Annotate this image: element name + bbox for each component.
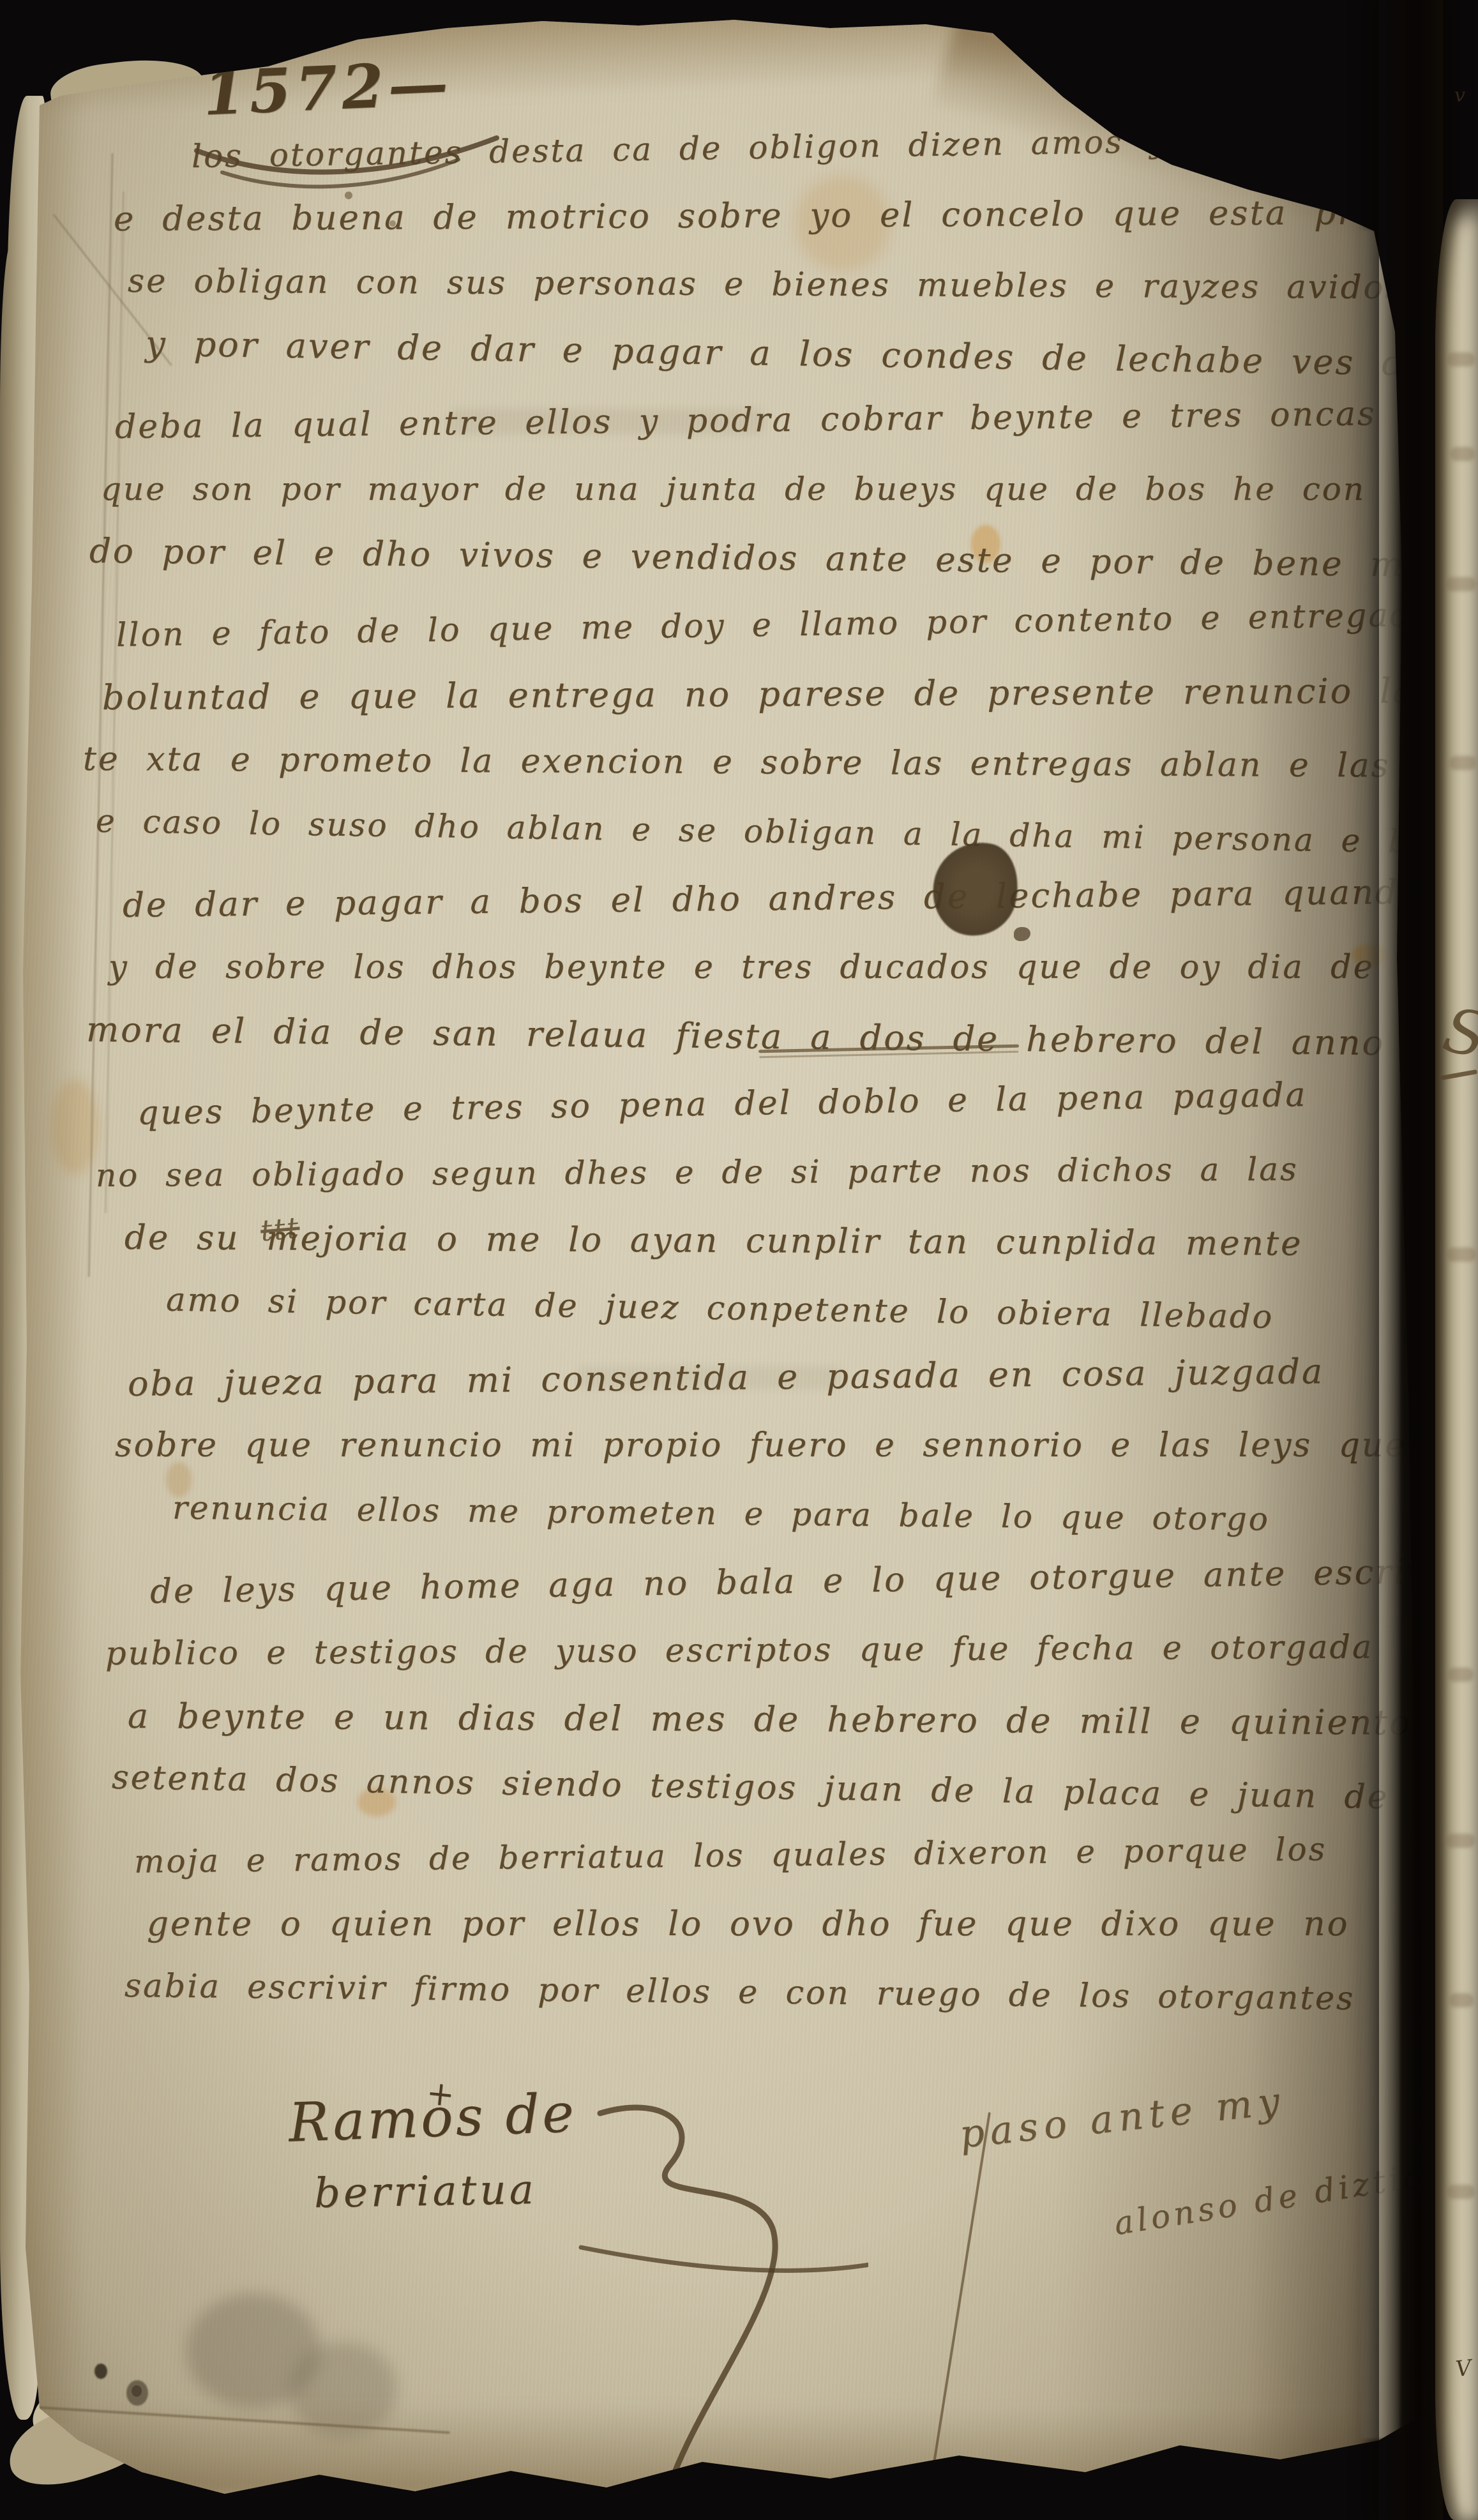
manuscript-line: de su mejoria o me lo ayan cunplir tan c… xyxy=(124,1203,1335,1278)
facing-page-ghost-text xyxy=(1445,1834,1475,1848)
facing-page-flourish: S xyxy=(1437,993,1478,1072)
manuscript-line: no sea obligado segun dhes e de si parte… xyxy=(96,1135,1335,1210)
manuscript-line: llon e fato de lo que me doy e llamo por… xyxy=(116,582,1334,670)
photo-canvas: { "manuscript": { "heading_year": "1572\… xyxy=(0,0,1478,2520)
paper-flaw-dark-3 xyxy=(94,2364,107,2379)
manuscript-line: de leys que home aga no bala e lo que ot… xyxy=(149,1539,1334,1626)
manuscript-line: te xta e prometo la exencion e sobre las… xyxy=(83,725,1335,800)
manuscript-line: gente o quien por ellos lo ovo dho fue q… xyxy=(147,1890,1334,1958)
manuscript-line: boluntad e que la entrega no parese de p… xyxy=(102,657,1335,732)
facing-page-ghost-text xyxy=(1447,2185,1475,2199)
text-block: los otorgantes desta ca de obligon dizen… xyxy=(89,114,1334,2026)
manuscript-line: se obligan con sus personas e bienes mue… xyxy=(128,247,1335,322)
manuscript-line: moja e ramos de berriatua los quales dix… xyxy=(133,1815,1334,1896)
manuscript-line: a beynte e un dias del mes de hebrero de… xyxy=(128,1682,1335,1756)
facing-page-ghost-text xyxy=(1448,1668,1474,1682)
facing-page-ghost-text xyxy=(1451,447,1475,461)
signature-right-attest: paso ante my xyxy=(958,2078,1288,2157)
manuscript-line: publico e testigos de yuso escriptos que… xyxy=(105,1613,1335,1688)
manuscript-line: deba la qual entre ellos y podra cobrar … xyxy=(114,381,1334,462)
paper-flaw-dark-2 xyxy=(132,2385,142,2397)
facing-page-corner-mark: V xyxy=(1454,2355,1473,2382)
facing-page-ghost-text xyxy=(1449,1993,1474,2007)
manuscript-line: ques beynte e tres so pena del doblo e l… xyxy=(137,1060,1334,1147)
facing-page-sliver: v S V xyxy=(1435,199,1478,2520)
signature-left-rubric-swash xyxy=(562,2088,868,2509)
manuscript-page: 1572— los otorgantes desta ca de obligon… xyxy=(0,0,1478,2520)
facing-page-ghost-text xyxy=(1447,1248,1476,1262)
manuscript-line: sobre que renuncio mi propio fuero e sen… xyxy=(115,1412,1334,1480)
manuscript-line: oba jueza para mi consentida e pasada en… xyxy=(127,1337,1334,1418)
facing-page-ghost-text xyxy=(1447,352,1475,366)
signature-left-line1: Ramos de xyxy=(287,2081,577,2154)
facing-page-ghost-text xyxy=(1445,577,1476,591)
year-heading-underline-flourish xyxy=(177,114,522,197)
signature-left-line2: berriatua xyxy=(313,2166,537,2217)
struck-out-word: ttt xyxy=(259,1210,301,1248)
facing-page-ghost-text xyxy=(1449,756,1476,770)
manuscript-line: y de sobre los dhos beynte e tres ducado… xyxy=(109,933,1334,1002)
page-edge-tint-top xyxy=(37,0,1023,117)
manuscript-line: de dar e pagar a bos el dho andres de le… xyxy=(122,859,1334,940)
manuscript-line: que son por mayor de una junta de bueys … xyxy=(101,455,1334,524)
binding-gutter-crevice xyxy=(1379,0,1443,2520)
facing-page-top-mark: v xyxy=(1454,84,1465,107)
facing-page-flourish-underline xyxy=(1440,1069,1477,1080)
manuscript-line: sabia escrivir firmo por ellos e con rue… xyxy=(124,1952,1334,2033)
